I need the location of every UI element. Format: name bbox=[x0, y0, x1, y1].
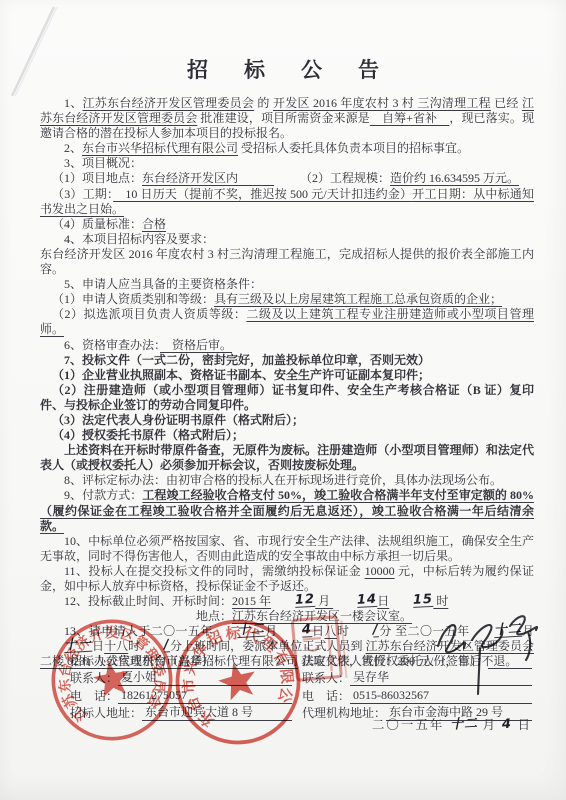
text-run: （1）申请人资质类别和等级： bbox=[52, 292, 214, 306]
text-run: 3、项目概况： bbox=[64, 156, 142, 170]
text-run: 12、投标截止时间、开标时间： bbox=[64, 594, 232, 608]
text-run: 江苏东台经济开发区管理委员会 bbox=[83, 96, 255, 110]
scanned-tender-announcement-page: 招标公告 1、江苏东台经济开发区管理委员会 的 开发区 2016 年度农村 3 … bbox=[0, 0, 566, 800]
date-day-suffix: 日 bbox=[517, 718, 532, 732]
paragraph: 2、东台市兴华招标代理有限公司 受招标人委托具体负责本项目的招标事宜。 bbox=[40, 141, 534, 156]
paragraph: （3）法定代表人身份证明书原件（格式附后）； bbox=[40, 413, 534, 428]
paragraph: 11、投标人在提交投标文件的同时，需缴纳投标保证金 10000 元，中标后转为履… bbox=[40, 564, 534, 594]
text-run: 4、本项目招标内容及要求： bbox=[64, 232, 214, 246]
paragraph: 7、投标文件（一式二份，密封完好，加盖投标单位印章，否则无效） bbox=[40, 353, 534, 368]
paragraph: （3）工期： 10 日历天（提前不奖，推迟按 500 元/天计扣违约金）开工日期… bbox=[40, 187, 534, 217]
text-run: 9、付款方式： bbox=[64, 488, 142, 502]
text-run: 10 日历天（提前不奖，推迟按 500 元/天计扣违约金） bbox=[113, 187, 412, 201]
text-run: 东台经济开发区 2016 年度农村 3 村三沟清理工程施工，完成招标人提供的报价… bbox=[40, 247, 534, 276]
paragraph-col-right: （2）工程规模：造价约 16.634595 万元。 bbox=[300, 171, 534, 186]
paragraph: 4、本项目招标内容及要求： bbox=[40, 232, 534, 247]
text-run: 具有三级及以上房屋建筑工程施工总承包资质的企业； bbox=[214, 292, 502, 306]
paragraph: （2）拟选派项目负责人资质等级：二级及以上建筑工程专业注册建造师或小型项目管理师… bbox=[40, 307, 534, 337]
text-run: 东台市兴华招标代理有限公司 bbox=[82, 141, 238, 155]
text-run: 开发区 2016 年度农村 3 村 三沟清理工程 bbox=[273, 96, 491, 110]
paragraph: 1、江苏东台经济开发区管理委员会 的 开发区 2016 年度农村 3 村 三沟清… bbox=[40, 96, 534, 141]
text-run: 造价约 16.634595 万元。 bbox=[390, 171, 519, 185]
page-title: 招标公告 bbox=[0, 54, 566, 84]
text-run: 2、 bbox=[64, 141, 82, 155]
date-day-handwritten: 4 bbox=[502, 717, 513, 733]
paragraph-col-left: （1）项目地点：东台经济开发区内 bbox=[40, 171, 300, 186]
text-run: 10、中标单位必须严格按国家、省、市现行安全生产法律、法规组织施工，确保安全生产… bbox=[40, 534, 534, 563]
handwritten-fill: / bbox=[349, 623, 379, 640]
text-run: （1）项目地点： bbox=[52, 171, 142, 185]
text-run: 受招标人委托具体负责本项目的招标事宜。 bbox=[238, 141, 469, 155]
text-run: （3）工期： bbox=[52, 187, 113, 201]
text-run: 上述资料在开标时带原件备查，无原件为废标。注册建造师（小型项目管理师）和法定代表… bbox=[40, 443, 534, 472]
paragraph: 东台经济开发区 2016 年度农村 3 村三沟清理工程施工，完成招标人提供的报价… bbox=[40, 247, 534, 277]
text-run: 10000 bbox=[365, 564, 395, 578]
paragraph: 5、申请人应当具备的主要资格条件： bbox=[40, 277, 534, 292]
paragraph: （1）申请人资质类别和等级：具有三级及以上房屋建筑工程施工总承包资质的企业； bbox=[40, 292, 534, 307]
text-run: 8、评标定标办法：由初审合格的投标人在开标现场进行竞价，具体办法现场公布。 bbox=[64, 473, 502, 487]
text-run: 日 bbox=[377, 594, 389, 608]
text-run: 1、 bbox=[64, 96, 83, 110]
text-run: 的 bbox=[254, 96, 273, 110]
paragraph: （4）质量标准：合格 bbox=[40, 217, 534, 232]
paragraph: 6、资格审查办法： 资格后审。 bbox=[40, 338, 534, 353]
official-seal-tenderer-icon: 江苏东台经济开发区管理委员会 bbox=[38, 606, 186, 754]
text-run: （4）授权委托书原件（格式附后）； bbox=[52, 428, 244, 442]
date-year: 二〇一五年 bbox=[372, 718, 445, 732]
text-run: 11、投标人在提交投标文件的同时，需缴纳投标保证金 bbox=[64, 564, 365, 578]
document-body: 1、江苏东台经济开发区管理委员会 的 开发区 2016 年度农村 3 村 三沟清… bbox=[40, 96, 534, 670]
date-month-suffix: 月 bbox=[483, 718, 498, 732]
rect-seal-icon bbox=[287, 609, 358, 692]
text-run: （4）质量标准： bbox=[52, 217, 142, 231]
text-run: （1）企业营业执照副本、资格证书副本、安全生产许可证副本复印件； bbox=[52, 368, 430, 382]
signature-scribble bbox=[428, 602, 558, 702]
text-run: （2）注册建造师（或小型项目管理师）证书复印件、安全生产考核合格证（B 证）复印… bbox=[40, 383, 534, 412]
announcement-date: 二〇一五年 十二 月 4 日 bbox=[372, 714, 532, 733]
date-month-handwritten: 十二 bbox=[449, 712, 478, 732]
paragraph: 8、评标定标办法：由初审合格的投标人在开标现场进行竞价，具体办法现场公布。 bbox=[40, 473, 534, 488]
paragraph: （1）项目地点：东台经济开发区内 （2）工程规模：造价约 16.634595 万… bbox=[40, 171, 534, 186]
text-run: 7、投标文件（一式二份，密封完好，加盖投标单位印章，否则无效） bbox=[64, 353, 430, 367]
paragraph: （2）注册建造师（或小型项目管理师）证书复印件、安全生产考核合格证（B 证）复印… bbox=[40, 383, 534, 413]
paragraph: 上述资料在开标时带原件备查，无原件为废标。注册建造师（小型项目管理师）和法定代表… bbox=[40, 443, 534, 473]
text-run: （2）拟选派项目负责人资质等级： bbox=[52, 307, 246, 321]
handwritten-fill: 15 bbox=[389, 592, 434, 609]
paragraph: 10、中标单位必须严格按国家、省、市现行安全生产法律、法规组织施工，确保安全生产… bbox=[40, 534, 534, 564]
text-run: 东台经济开发区内 bbox=[142, 171, 274, 185]
text-run: （2）工程规模： bbox=[300, 171, 390, 185]
text-run: 合格 bbox=[142, 217, 166, 231]
handwritten-fill: 14 bbox=[333, 592, 378, 609]
text-run: 月 bbox=[315, 594, 333, 608]
paragraph: 3、项目概况： bbox=[40, 156, 534, 171]
text-run: 批准建设，项目所需资金来源是 bbox=[197, 111, 370, 125]
text-run: 6、资格审查办法： bbox=[64, 338, 160, 352]
text-run: 资格后审。 bbox=[160, 338, 232, 352]
text-run: （3）法定代表人身份证明书原件（格式附后）； bbox=[52, 413, 304, 427]
paragraph: （4）授权委托书原件（格式附后）； bbox=[40, 428, 534, 443]
text-run: 已经 bbox=[491, 96, 522, 110]
paragraph: 9、付款方式：工程竣工经验收合格支付 50%，竣工验收合格满半年支付至审定额的 … bbox=[40, 488, 534, 533]
text-run: 自筹+省补 bbox=[370, 111, 449, 125]
text-run: 5、申请人应当具备的主要资格条件： bbox=[64, 277, 262, 291]
paragraph: （1）企业营业执照副本、资格证书副本、安全生产许可证副本复印件； bbox=[40, 368, 534, 383]
